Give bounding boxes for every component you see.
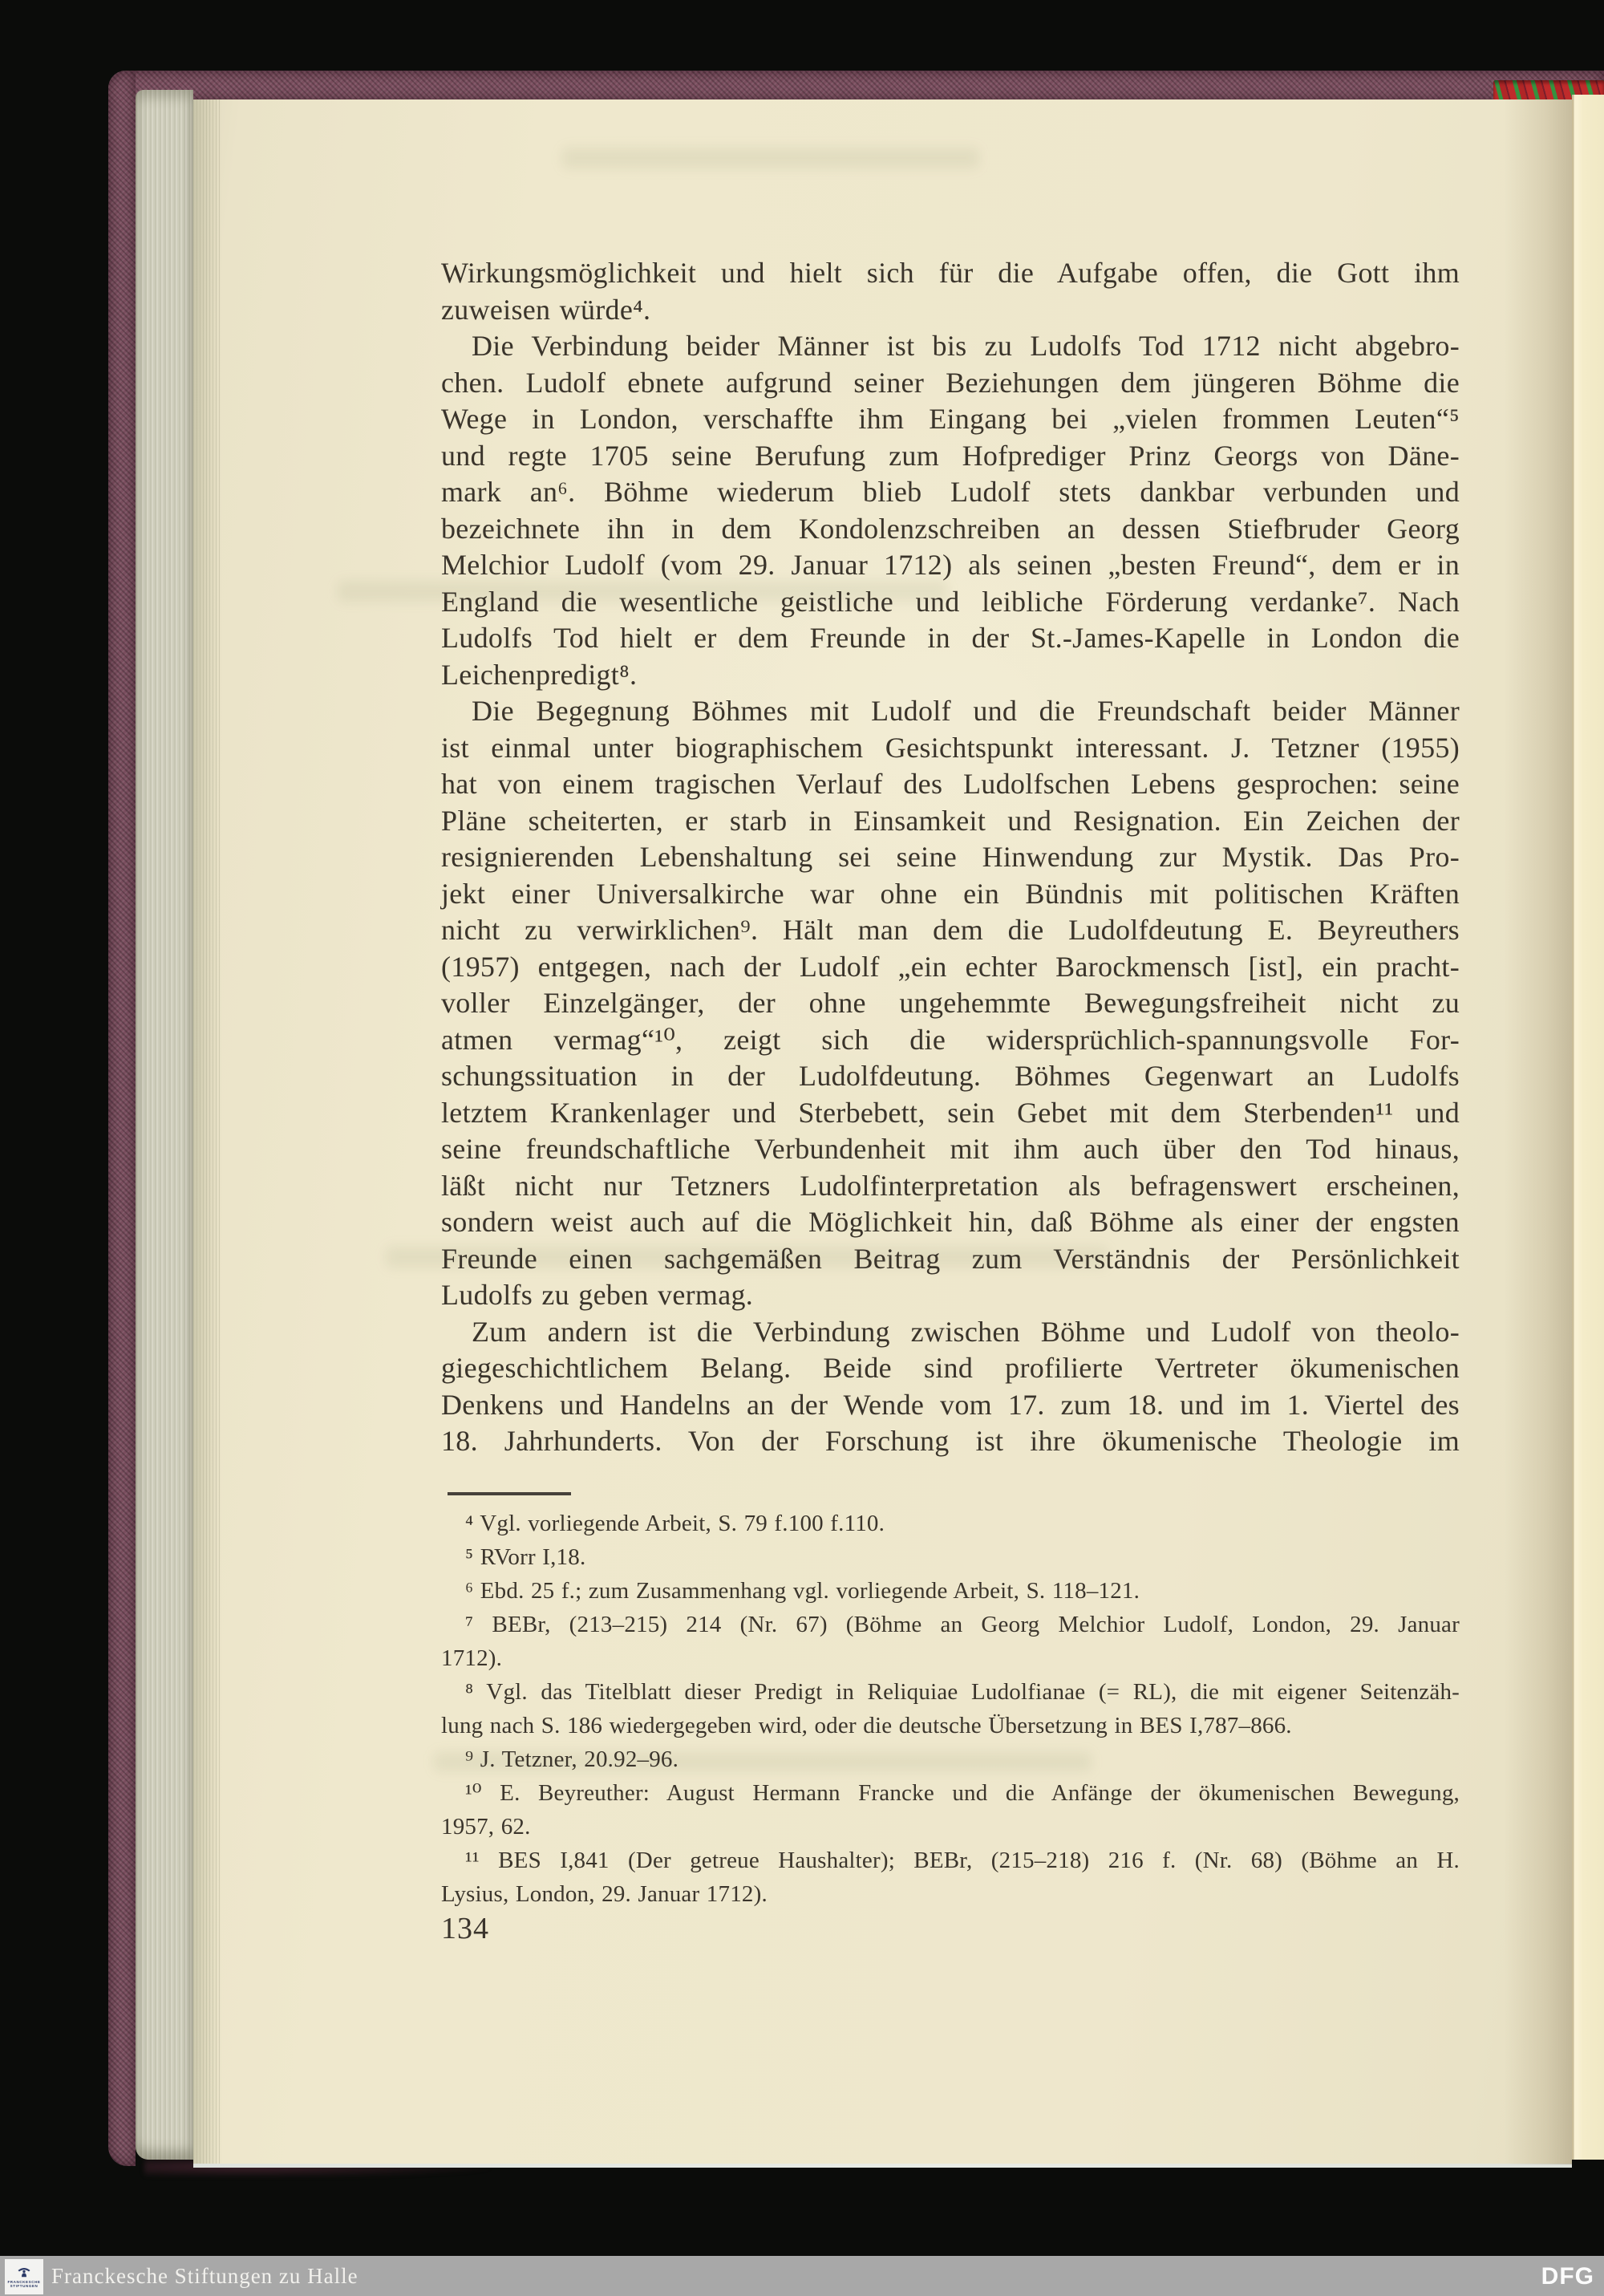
text-line: mark an⁶. Böhme wiederum blieb Ludolf st… bbox=[441, 474, 1460, 511]
text-line: ⁸ Vgl. das Titelblatt dieser Predigt in … bbox=[441, 1675, 1460, 1709]
text-line: lung nach S. 186 wiedergegeben wird, ode… bbox=[441, 1709, 1460, 1742]
text-line: nicht zu verwirklichen⁹. Hält man dem di… bbox=[441, 912, 1460, 949]
paragraph: Die Verbindung beider Männer ist bis zu … bbox=[441, 328, 1460, 693]
footnote: ⁵ RVorr I,18. bbox=[441, 1540, 1460, 1574]
text-line: England die wesentliche geistliche und l… bbox=[441, 584, 1460, 621]
text-line: giegeschichtlichem Belang. Beide sind pr… bbox=[441, 1350, 1460, 1387]
text-line: zuweisen würde⁴. bbox=[441, 292, 1460, 329]
page-number: 134 bbox=[441, 1911, 489, 1946]
body-text: Wirkungsmöglichkeit und hielt sich für d… bbox=[441, 255, 1460, 1460]
text-line: ⁴ Vgl. vorliegende Arbeit, S. 79 f.100 f… bbox=[441, 1507, 1460, 1540]
text-line: (1957) entgegen, nach der Ludolf „ein ec… bbox=[441, 949, 1460, 986]
paragraph: Die Begegnung Böhmes mit Ludolf und die … bbox=[441, 693, 1460, 1314]
footnote: ⁴ Vgl. vorliegende Arbeit, S. 79 f.100 f… bbox=[441, 1507, 1460, 1540]
paragraph: Wirkungsmöglichkeit und hielt sich für d… bbox=[441, 255, 1460, 328]
text-line: bezeichnete ihn in dem Kondolenzschreibe… bbox=[441, 511, 1460, 548]
text-line: Melchior Ludolf (vom 29. Januar 1712) al… bbox=[441, 547, 1460, 584]
text-line: ¹⁰ E. Beyreuther: August Hermann Francke… bbox=[441, 1776, 1460, 1810]
text-line: ¹¹ BES I,841 (Der getreue Haushalter); B… bbox=[441, 1844, 1460, 1877]
text-line: voller Einzelgänger, der ohne ungehemmte… bbox=[441, 985, 1460, 1022]
text-line: ⁹ J. Tetzner, 20.92–96. bbox=[441, 1742, 1460, 1776]
text-line: Die Verbindung beider Männer ist bis zu … bbox=[441, 328, 1460, 365]
paragraph: Zum andern ist die Verbindung zwischen B… bbox=[441, 1314, 1460, 1460]
book-page: Wirkungsmöglichkeit und hielt sich für d… bbox=[193, 99, 1572, 2164]
francke-logo-mark bbox=[15, 2266, 33, 2280]
footnote: ⁶ Ebd. 25 f.; zum Zusammenhang vgl. vorl… bbox=[441, 1574, 1460, 1608]
text-line: Wege in London, verschaffte ihm Eingang … bbox=[441, 401, 1460, 438]
page-fore-edges bbox=[136, 90, 193, 2160]
text-line: Pläne scheiterten, er starb in Einsamkei… bbox=[441, 803, 1460, 840]
text-line: seine freundschaftliche Verbundenheit mi… bbox=[441, 1131, 1460, 1168]
book-scan-scene: Wirkungsmöglichkeit und hielt sich für d… bbox=[0, 0, 1604, 2296]
text-line: atmen vermag“¹⁰, zeigt sich die widerspr… bbox=[441, 1022, 1460, 1059]
text-line: ⁷ BEBr, (213–215) 214 (Nr. 67) (Böhme an… bbox=[441, 1608, 1460, 1641]
footnote: ⁷ BEBr, (213–215) 214 (Nr. 67) (Böhme an… bbox=[441, 1608, 1460, 1675]
footnotes: ⁴ Vgl. vorliegende Arbeit, S. 79 f.100 f… bbox=[441, 1507, 1460, 1911]
footer-bar: FRANCKESCHE STIFTUNGEN Franckesche Stift… bbox=[0, 2256, 1604, 2296]
text-line: hat von einem tragischen Verlauf des Lud… bbox=[441, 766, 1460, 803]
text-line: 1957, 62. bbox=[441, 1810, 1460, 1844]
text-line: Zum andern ist die Verbindung zwischen B… bbox=[441, 1314, 1460, 1351]
text-line: sondern weist auch auf die Möglichkeit h… bbox=[441, 1204, 1460, 1241]
text-line: Leichenpredigt⁸. bbox=[441, 657, 1460, 694]
text-line: Wirkungsmöglichkeit und hielt sich für d… bbox=[441, 255, 1460, 292]
show-through-smudge bbox=[562, 148, 979, 168]
footnote-separator bbox=[448, 1492, 571, 1495]
text-line: 18. Jahrhunderts. Von der Forschung ist … bbox=[441, 1423, 1460, 1460]
institution-label: Franckesche Stiftungen zu Halle bbox=[51, 2256, 358, 2296]
text-line: chen. Ludolf ebnete aufgrund seiner Bezi… bbox=[441, 365, 1460, 402]
footnote: ⁸ Vgl. das Titelblatt dieser Predigt in … bbox=[441, 1675, 1460, 1742]
text-line: läßt nicht nur Tetzners Ludolfinterpreta… bbox=[441, 1168, 1460, 1205]
text-line: jekt einer Universalkirche war ohne ein … bbox=[441, 876, 1460, 913]
page-bottom-edge bbox=[193, 2164, 1572, 2168]
francke-logo: FRANCKESCHE STIFTUNGEN bbox=[5, 2259, 43, 2294]
text-line: und regte 1705 seine Berufung zum Hofpre… bbox=[441, 438, 1460, 475]
text-line: resignierenden Lebenshaltung sei seine H… bbox=[441, 839, 1460, 876]
book-cover-top-edge bbox=[108, 71, 1604, 101]
text-line: Freunde einen sachgemäßen Beitrag zum Ve… bbox=[441, 1241, 1460, 1278]
text-line: letztem Krankenlager und Sterbebett, sei… bbox=[441, 1095, 1460, 1132]
text-line: schungssituation in der Ludolfdeutung. B… bbox=[441, 1058, 1460, 1095]
text-line: Die Begegnung Böhmes mit Ludolf und die … bbox=[441, 693, 1460, 730]
footnote: ¹¹ BES I,841 (Der getreue Haushalter); B… bbox=[441, 1844, 1460, 1911]
text-line: Ludolfs zu geben vermag. bbox=[441, 1277, 1460, 1314]
text-line: ⁶ Ebd. 25 f.; zum Zusammenhang vgl. vorl… bbox=[441, 1574, 1460, 1608]
footnote: ⁹ J. Tetzner, 20.92–96. bbox=[441, 1742, 1460, 1776]
text-line: 1712). bbox=[441, 1641, 1460, 1675]
footnote: ¹⁰ E. Beyreuther: August Hermann Francke… bbox=[441, 1776, 1460, 1844]
text-line: ⁵ RVorr I,18. bbox=[441, 1540, 1460, 1574]
facing-page-sliver bbox=[1572, 95, 1604, 2160]
text-line: Ludolfs Tod hielt er dem Freunde in der … bbox=[441, 620, 1460, 657]
francke-logo-text: STIFTUNGEN bbox=[10, 2284, 38, 2288]
text-line: ist einmal unter biographischem Gesichts… bbox=[441, 730, 1460, 767]
book-cover-left-edge bbox=[108, 71, 136, 2166]
text-line: Lysius, London, 29. Januar 1712). bbox=[441, 1877, 1460, 1911]
dfg-logo: DFG bbox=[1541, 2256, 1594, 2296]
text-line: Denkens und Handelns an der Wende vom 17… bbox=[441, 1387, 1460, 1424]
